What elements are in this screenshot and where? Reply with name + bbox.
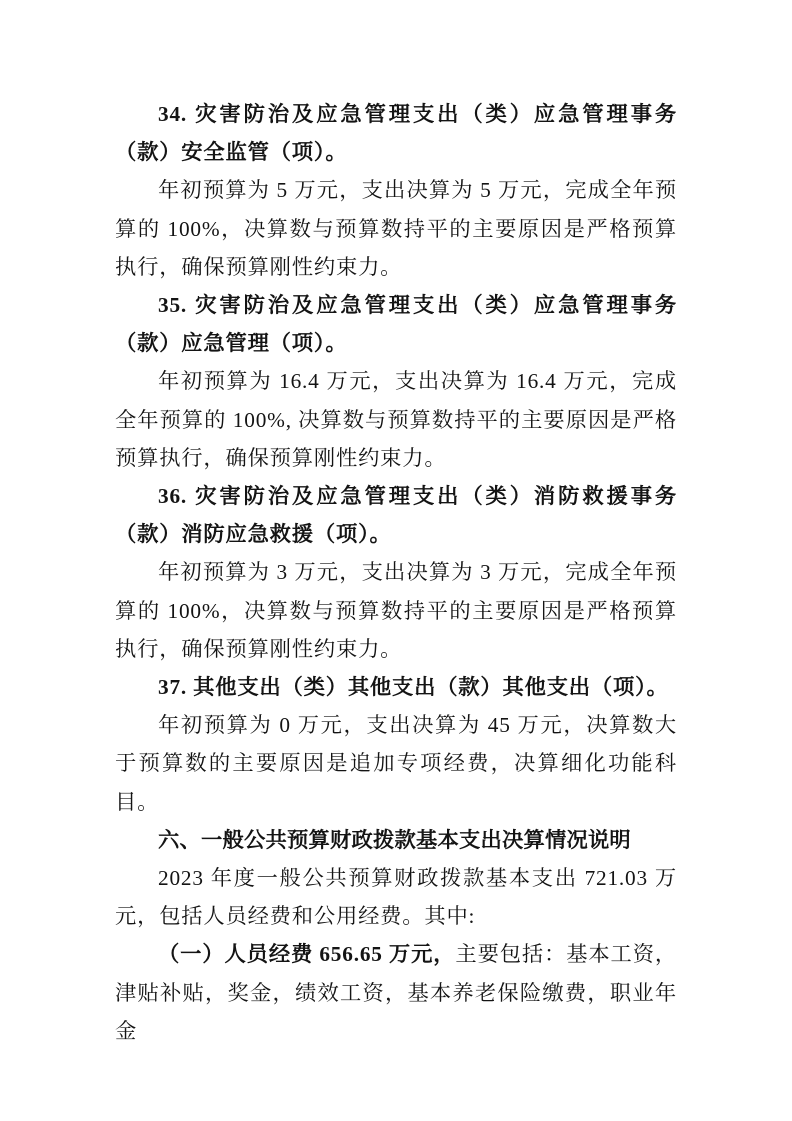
paragraph-item-34-heading: 34. 灾害防治及应急管理支出（类）应急管理事务（款）安全监管（项）。 bbox=[115, 95, 677, 171]
paragraph-item-37-heading: 37. 其他支出（类）其他支出（款）其他支出（项）。 bbox=[115, 668, 677, 706]
paragraph-personnel-expense: （一）人员经费 656.65 万元，主要包括：基本工资，津贴补贴，奖金，绩效工资… bbox=[115, 935, 677, 1050]
paragraph-item-36-heading: 36. 灾害防治及应急管理支出（类）消防救援事务（款）消防应急救援（项）。 bbox=[115, 477, 677, 553]
paragraph-item-36-body: 年初预算为 3 万元，支出决算为 3 万元，完成全年预算的 100%，决算数与预… bbox=[115, 553, 677, 668]
paragraph-section-6-heading: 六、一般公共预算财政拨款基本支出决算情况说明 bbox=[115, 821, 677, 859]
document-content: 34. 灾害防治及应急管理支出（类）应急管理事务（款）安全监管（项）。 年初预算… bbox=[115, 95, 677, 1050]
paragraph-item-37-body: 年初预算为 0 万元，支出决算为 45 万元，决算数大于预算数的主要原因是追加专… bbox=[115, 706, 677, 821]
paragraph-item-35-heading: 35. 灾害防治及应急管理支出（类）应急管理事务（款）应急管理（项）。 bbox=[115, 286, 677, 362]
document-page: 34. 灾害防治及应急管理支出（类）应急管理事务（款）安全监管（项）。 年初预算… bbox=[0, 0, 792, 1121]
paragraph-section-6-intro: 2023 年度一般公共预算财政拨款基本支出 721.03 万元，包括人员经费和公… bbox=[115, 859, 677, 935]
paragraph-item-34-body: 年初预算为 5 万元，支出决算为 5 万元，完成全年预算的 100%，决算数与预… bbox=[115, 171, 677, 286]
personnel-expense-lead: （一）人员经费 656.65 万元， bbox=[158, 942, 455, 966]
paragraph-item-35-body: 年初预算为 16.4 万元，支出决算为 16.4 万元，完成全年预算的 100%… bbox=[115, 362, 677, 477]
